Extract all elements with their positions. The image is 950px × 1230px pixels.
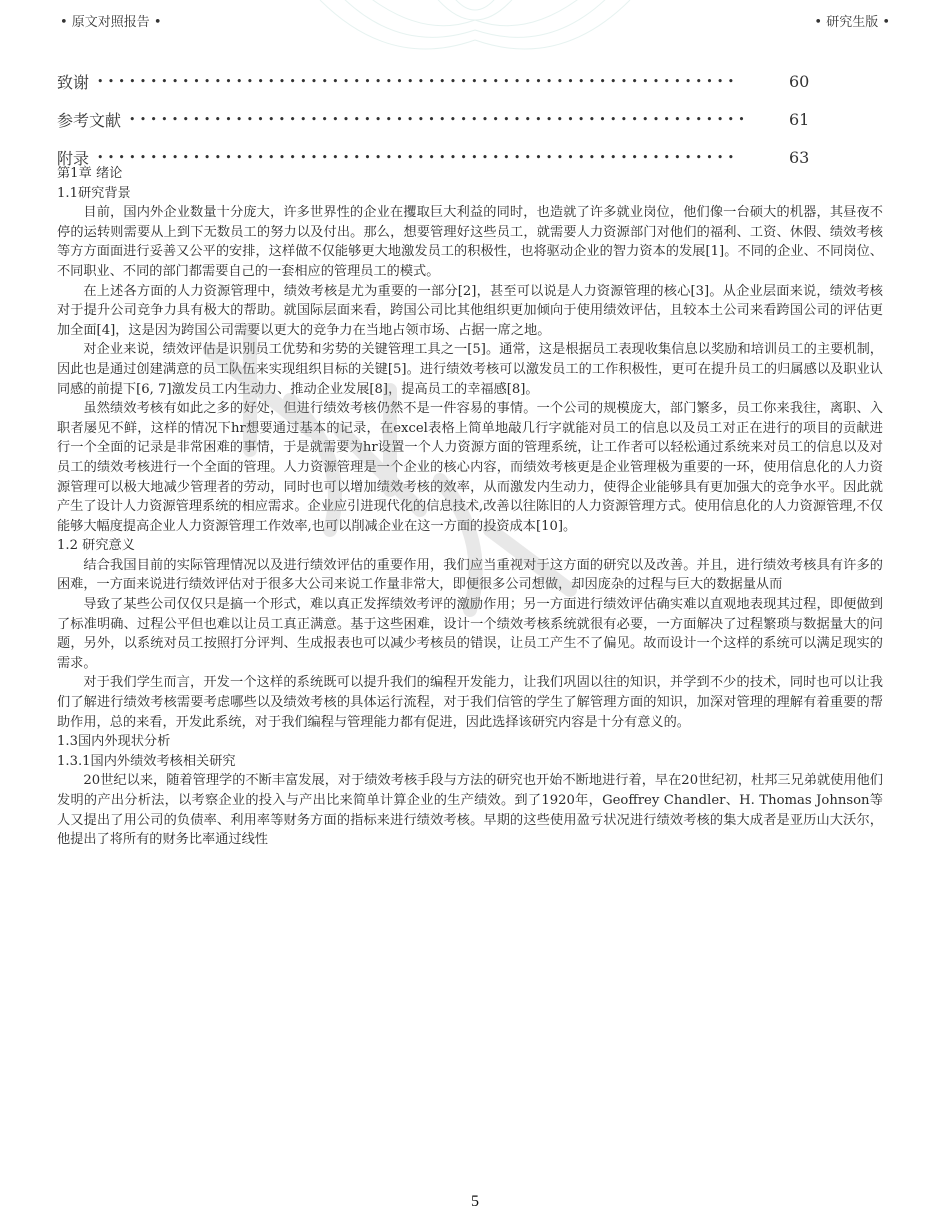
paragraph: 在上述各方面的人力资源管理中，绩效考核是尤为重要的一部分[2]，甚至可以说是人力… (57, 282, 883, 341)
toc-leader-dots: ••••••••••••••••••••••••••••••••••••••••… (97, 75, 775, 88)
paragraph: 结合我国目前的实际管理情况以及进行绩效评估的重要作用，我们应当重视对于这方面的研… (57, 556, 883, 595)
table-of-contents: 致谢 •••••••••••••••••••••••••••••••••••••… (57, 62, 817, 176)
toc-entry-page: 60 (775, 72, 817, 91)
section-heading-1-3: 1.3国内外现状分析 (57, 732, 883, 752)
section-heading-1-2: 1.2 研究意义 (57, 536, 883, 556)
paragraph: 目前，国内外企业数量十分庞大，许多世界性的企业在攫取巨大利益的同时，也造就了许多… (57, 203, 883, 281)
toc-leader-dots: ••••••••••••••••••••••••••••••••••••••••… (129, 113, 775, 126)
report-type-label: • 原文对照报告 • (60, 11, 162, 30)
paragraph: 20世纪以来，随着管理学的不断丰富发展，对于绩效考核手段与方法的研究也开始不断地… (57, 771, 883, 849)
toc-leader-dots: ••••••••••••••••••••••••••••••••••••••••… (97, 151, 775, 164)
toc-entry-references[interactable]: 参考文献 •••••••••••••••••••••••••••••••••••… (57, 100, 817, 138)
toc-entry-page: 61 (775, 110, 817, 129)
toc-entry-title: 参考文献 (57, 108, 129, 131)
document-body: 第1章 绪论 1.1研究背景 目前，国内外企业数量十分庞大，许多世界性的企业在攫… (57, 164, 883, 850)
toc-entry-acknowledgements[interactable]: 致谢 •••••••••••••••••••••••••••••••••••••… (57, 62, 817, 100)
edition-label: • 研究生版 • (814, 11, 890, 30)
paragraph: 虽然绩效考核有如此之多的好处，但进行绩效考核仍然不是一件容易的事情。一个公司的规… (57, 399, 883, 536)
paragraph: 对于我们学生而言，开发一个这样的系统既可以提升我们的编程开发能力，让我们巩固以往… (57, 673, 883, 732)
paragraph: 导致了某些公司仅仅只是搞一个形式，难以真正发挥绩效考评的激励作用；另一方面进行绩… (57, 595, 883, 673)
page-number: 5 (0, 1193, 950, 1211)
paragraph: 对企业来说，绩效评估是识别员工优势和劣势的关键管理工具之一[5]。通常，这是根据… (57, 340, 883, 399)
header-decorative-ornament (300, 0, 650, 50)
toc-entry-title: 致谢 (57, 70, 97, 93)
section-heading-1-3-1: 1.3.1国内外绩效考核相关研究 (57, 752, 883, 772)
chapter-title: 第1章 绪论 (57, 164, 883, 184)
section-heading-1-1: 1.1研究背景 (57, 184, 883, 204)
